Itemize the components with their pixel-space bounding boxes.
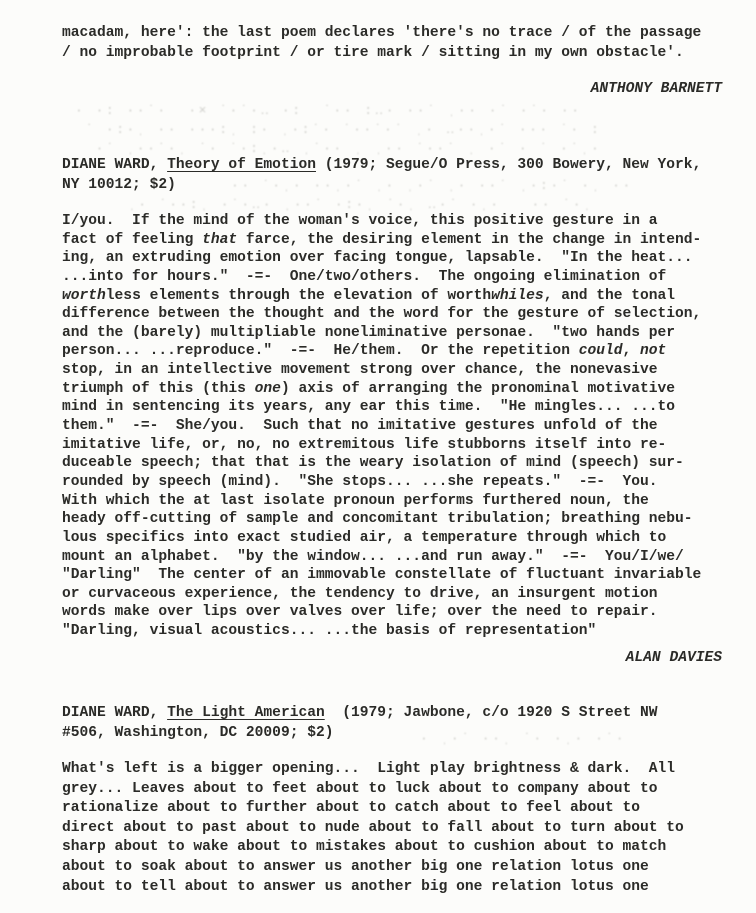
text-line: "Darling, visual acoustics... ...the bas… bbox=[62, 622, 701, 641]
text-segment: DIANE WARD, bbox=[62, 157, 167, 173]
text-line: ing, an extruding emotion over facing to… bbox=[62, 249, 701, 268]
text-segment: (1979; Jawbone, c/o 1920 S Street NW bbox=[325, 705, 658, 721]
text-line: duceable speech; that that is the weary … bbox=[62, 454, 701, 473]
review-body-theory-of-emotion: I/you. If the mind of the woman's voice,… bbox=[62, 212, 701, 641]
text-line: mount an alphabet. "by the window... ...… bbox=[62, 548, 701, 567]
text-line: rationalize about to further about to ca… bbox=[62, 799, 684, 819]
text-line: words make over lips over valves over li… bbox=[62, 603, 701, 622]
text-segment: DIANE WARD, bbox=[62, 705, 167, 721]
text-line: sharp about to wake about to mistakes ab… bbox=[62, 838, 684, 858]
text-segment: Theory of Emotion bbox=[167, 157, 316, 173]
text-segment: that bbox=[202, 232, 237, 248]
document-page: · ·: ··˙· ·× ˙·˙·‥ ·: ˙·· :‥· ··˙ ˌ·· ·˙… bbox=[0, 0, 756, 913]
text-line: I/you. If the mind of the woman's voice,… bbox=[62, 212, 701, 231]
text-line: With which the at last isolate pronoun p… bbox=[62, 492, 701, 511]
text-line: and the (barely) multipliable nonelimina… bbox=[62, 324, 701, 343]
text-line: direct about to past about to nude about… bbox=[62, 819, 684, 839]
review-heading-light-american: DIANE WARD, The Light American (1979; Ja… bbox=[62, 703, 658, 743]
text-line: difference between the thought and the w… bbox=[62, 305, 701, 324]
text-line: about to soak about to answer us another… bbox=[62, 858, 684, 878]
text-segment: not bbox=[640, 343, 666, 359]
text-segment: , and the tonal bbox=[544, 288, 675, 304]
text-line: heady off-cutting of sample and concomit… bbox=[62, 510, 701, 529]
text-line: DIANE WARD, The Light American (1979; Ja… bbox=[62, 703, 658, 723]
text-line: triumph of this (this one) axis of arran… bbox=[62, 380, 701, 399]
text-line: NY 10012; $2) bbox=[62, 175, 701, 195]
text-segment: triumph of this (this bbox=[62, 381, 255, 397]
text-segment: (1979; Segue/O Press, 300 Bowery, New Yo… bbox=[316, 157, 701, 173]
text-line: person... ...reproduce." -=- He/them. Or… bbox=[62, 342, 701, 361]
text-segment: one bbox=[255, 381, 281, 397]
text-line: What's left is a bigger opening... Light… bbox=[62, 760, 684, 780]
text-line: imitative life, or, no, no extremitous l… bbox=[62, 436, 701, 455]
text-line: about to tell about to answer us another… bbox=[62, 878, 684, 898]
text-segment: ) axis of arranging the pronominal motiv… bbox=[281, 381, 675, 397]
text-line: ˙ ·:·ˌ ·· ···:ˌ :· ˌ·:˙· ˙··˙·˙ ˌ· ‥··ˌ·… bbox=[75, 120, 601, 139]
text-line: worthless elements through the elevation… bbox=[62, 287, 701, 306]
text-line: "Darling" The center of an immovable con… bbox=[62, 566, 701, 585]
text-segment: whiles bbox=[491, 288, 544, 304]
review-body-light-american: What's left is a bigger opening... Light… bbox=[62, 760, 684, 897]
text-line: stop, in an intellective movement strong… bbox=[62, 361, 701, 380]
text-line: / no improbable footprint / or tire mark… bbox=[62, 44, 701, 64]
text-line: mind in sentencing its years, any ear th… bbox=[62, 398, 701, 417]
bleedthrough-text: · ·: ··˙· ·× ˙·˙·‥ ·: ˙·· :‥· ··˙ ˌ·· ·˙… bbox=[75, 101, 601, 158]
text-segment: The Light American bbox=[167, 705, 325, 721]
text-segment: less elements through the elevation of w… bbox=[106, 288, 491, 304]
text-line: ...into for hours." -=- One/two/others. … bbox=[62, 268, 701, 287]
text-segment: person... ...reproduce." -=- He/them. Or… bbox=[62, 343, 579, 359]
text-line: DIANE WARD, Theory of Emotion (1979; Seg… bbox=[62, 155, 701, 175]
text-line: rounded by speech (mind). "She stops... … bbox=[62, 473, 701, 492]
text-segment: farce, the desiring element in the chang… bbox=[237, 232, 701, 248]
text-line: #506, Washington, DC 20009; $2) bbox=[62, 723, 658, 743]
text-line: lous specifics into exact studied air, a… bbox=[62, 529, 701, 548]
text-segment: fact of feeling bbox=[62, 232, 202, 248]
review-heading-theory-of-emotion: DIANE WARD, Theory of Emotion (1979; Seg… bbox=[62, 155, 701, 195]
text-line: macadam, here': the last poem declares '… bbox=[62, 24, 701, 44]
poem-excerpt: macadam, here': the last poem declares '… bbox=[62, 24, 701, 63]
text-line: grey... Leaves about to feet about to lu… bbox=[62, 780, 684, 800]
byline-alan-davies: ALAN DAVIES bbox=[62, 650, 722, 666]
text-line: · ·: ··˙· ·× ˙·˙·‥ ·: ˙·· :‥· ··˙ ˌ·· ·˙… bbox=[75, 101, 601, 120]
text-line: or curvaceous experience, the tendency t… bbox=[62, 585, 701, 604]
text-segment: , bbox=[623, 343, 641, 359]
byline-anthony-barnett: ANTHONY BARNETT bbox=[62, 81, 722, 97]
text-line: them." -=- She/you. Such that no imitati… bbox=[62, 417, 701, 436]
text-segment: worth bbox=[62, 288, 106, 304]
text-line: fact of feeling that farce, the desiring… bbox=[62, 231, 701, 250]
text-segment: could bbox=[579, 343, 623, 359]
